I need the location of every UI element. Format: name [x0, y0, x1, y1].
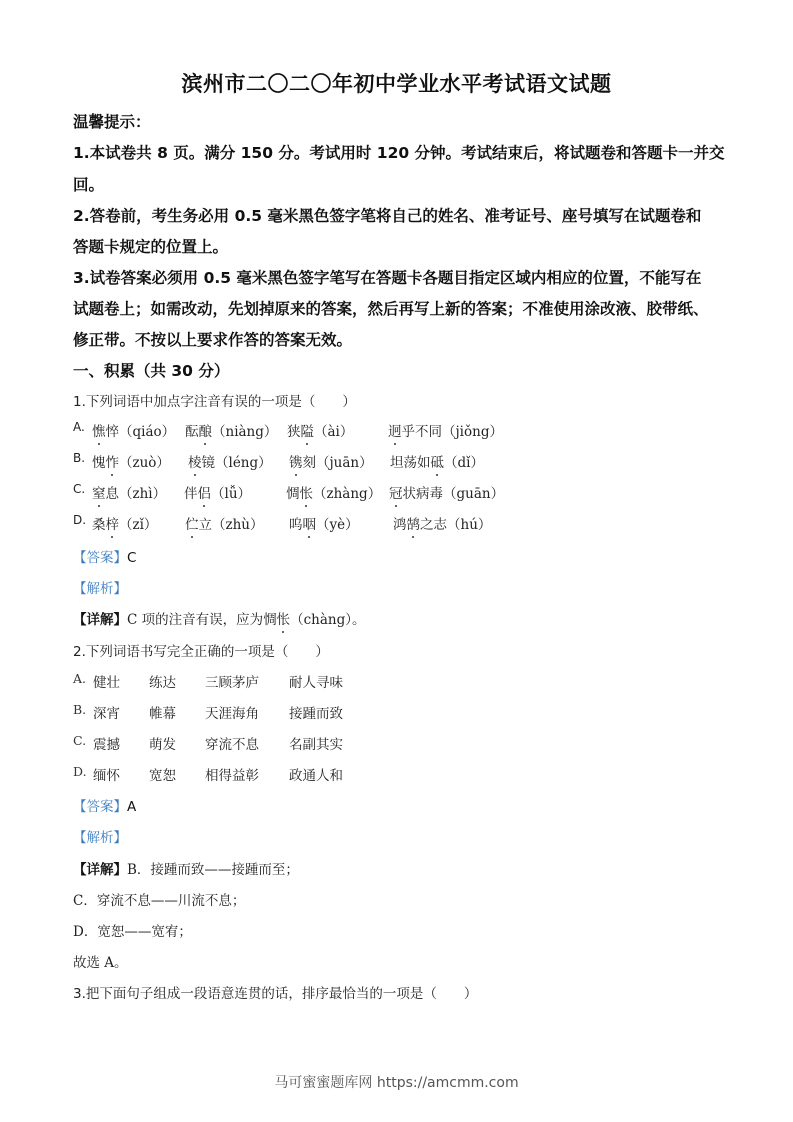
option-item: 震撼 [93, 733, 120, 753]
question-1-stem: 1.下列词语中加点字注音有误的一项是（ ） [73, 390, 356, 410]
emphasis-dot-char: 怅 [300, 486, 314, 502]
q2-detail-2: C．穿流不息——川流不息； [73, 889, 245, 909]
option-item: 宽恕 [149, 764, 176, 784]
option-item: 棱镜（léng） [188, 451, 272, 471]
option-item: 三顾茅庐 [205, 671, 259, 691]
q2-answer: 【答案】A [73, 795, 136, 815]
option-letter: B. [73, 451, 85, 465]
option-item: 天涯海角 [205, 702, 259, 722]
option-item: 萌发 [149, 733, 176, 753]
emphasis-dot-char: 隘 [301, 424, 315, 440]
option-item: 冠状病毒（guān） [389, 482, 504, 502]
emphasis-dot-char: 咽 [303, 517, 317, 533]
option-item: 狭隘（ài） [287, 420, 353, 440]
notice-line-2: 回。 [73, 173, 104, 195]
option-item: 相得益彰 [205, 764, 259, 784]
option-item: 酝酿（niàng） [185, 420, 277, 440]
notice-heading: 温馨提示： [73, 110, 151, 132]
option-item: 憔悴（qiáo） [92, 420, 175, 440]
emphasis-dot-char: 窒 [92, 486, 106, 502]
q2-detail-1: 【详解】B．接踵而致——接踵而至； [73, 858, 299, 878]
emphasis-dot-char: 砥 [431, 455, 445, 471]
notice-line-5: 3.试卷答案必须用 0.5 毫米黑色签字笔写在答题卡各题目指定区域内相应的位置，… [73, 266, 701, 288]
option-item: 愧怍（zuò） [92, 451, 170, 471]
option-letter: C. [73, 482, 85, 496]
option-item: 伫立（zhù） [185, 513, 264, 533]
option-item: 鸿鹄之志（hú） [393, 513, 491, 533]
option-item: 坦荡如砥（dǐ） [390, 451, 484, 471]
q1-answer: 【答案】C [73, 546, 136, 566]
answer-value: C [127, 550, 136, 566]
option-letter: A. [73, 671, 86, 686]
option-item: 穿流不息 [205, 733, 259, 753]
option-letter: A. [73, 420, 85, 434]
option-item: 缅怀 [93, 764, 120, 784]
emphasis-dot-char: 镌 [289, 455, 303, 471]
notice-line-1: 1.本试卷共 8 页。满分 150 分。考试用时 120 分钟。考试结束后，将试… [73, 141, 725, 163]
option-letter: B. [73, 702, 86, 717]
q1-analysis: 【解析】 [73, 577, 127, 597]
analysis-tag: 【解析】 [73, 581, 127, 597]
emphasis-dot-char: 憔 [92, 424, 106, 440]
exam-page: 滨州市二〇二〇年初中学业水平考试语文试题 温馨提示： 1.本试卷共 8 页。满分… [0, 0, 793, 1122]
option-letter: C. [73, 733, 86, 748]
option-letter: D. [73, 513, 86, 527]
emphasis-dot-char: 伫 [185, 517, 199, 533]
answer-value: A [127, 799, 136, 815]
notice-line-7: 修正带。不按以上要求作答的答案无效。 [73, 328, 352, 350]
option-item: 窒息（zhì） [92, 482, 166, 502]
option-item: 深宵 [93, 702, 120, 722]
option-item: 名副其实 [289, 733, 343, 753]
question-3-stem: 3.把下面句子组成一段语意连贯的话，排序最恰当的一项是（ ） [73, 982, 477, 1002]
emphasis-dot-char: 怍 [106, 455, 120, 471]
option-item: 桑梓（zǐ） [92, 513, 157, 533]
q1-detail: 【详解】C 项的注音有误，应为惆怅（chàng）。 [73, 608, 366, 628]
q2-detail-3: D．宽恕——宽宥； [73, 920, 192, 940]
emphasis-dot-char: 侣 [198, 486, 212, 502]
option-item: 帷幕 [149, 702, 176, 722]
q2-detail-4: 故选 A。 [73, 951, 128, 971]
option-item: 伴侣（lǚ） [184, 482, 251, 502]
notice-line-6: 试题卷上；如需改动，先划掉原来的答案，然后再写上新的答案；不准使用涂改液、胶带纸… [73, 297, 709, 319]
emphasis-dot-char: 棱 [188, 455, 202, 471]
emphasis-dot-char: 鹄 [407, 517, 421, 533]
notice-line-4: 答题卡规定的位置上。 [73, 235, 228, 257]
option-item: 接踵而致 [289, 702, 343, 722]
emphasis-dot-char: 梓 [106, 517, 120, 533]
option-item: 健壮 [93, 671, 120, 691]
emphasis-dot-char: 迥 [388, 424, 402, 440]
answer-tag: 【答案】 [73, 550, 127, 566]
option-item: 练达 [149, 671, 176, 691]
question-2-stem: 2.下列词语书写完全正确的一项是（ ） [73, 640, 329, 660]
option-item: 迥乎不同（jiǒng） [388, 420, 503, 440]
detail-tag: 【详解】 [73, 862, 127, 878]
option-item: 耐人寻味 [289, 671, 343, 691]
analysis-tag: 【解析】 [73, 830, 127, 846]
option-item: 政通人和 [289, 764, 343, 784]
q2-analysis: 【解析】 [73, 826, 127, 846]
emphasis-dot-char: 酿 [199, 424, 213, 440]
section-heading: 一、积累（共 30 分） [73, 359, 229, 381]
option-item: 惆怅（zhàng） [286, 482, 381, 502]
emphasis-dot-char: 怅 [277, 612, 291, 628]
option-letter: D. [73, 764, 87, 779]
footer-watermark: 马可蜜蜜题库网 https://amcmm.com [0, 1072, 793, 1092]
option-item: 镌刻（juān） [289, 451, 373, 471]
page-title: 滨州市二〇二〇年初中学业水平考试语文试题 [0, 68, 793, 98]
notice-line-3: 2.答卷前，考生务必用 0.5 毫米黑色签字笔将自己的姓名、准考证号、座号填写在… [73, 204, 701, 226]
answer-tag: 【答案】 [73, 799, 127, 815]
option-item: 呜咽（yè） [289, 513, 359, 533]
detail-tag: 【详解】 [73, 612, 127, 628]
emphasis-dot-char: 冠 [389, 486, 403, 502]
